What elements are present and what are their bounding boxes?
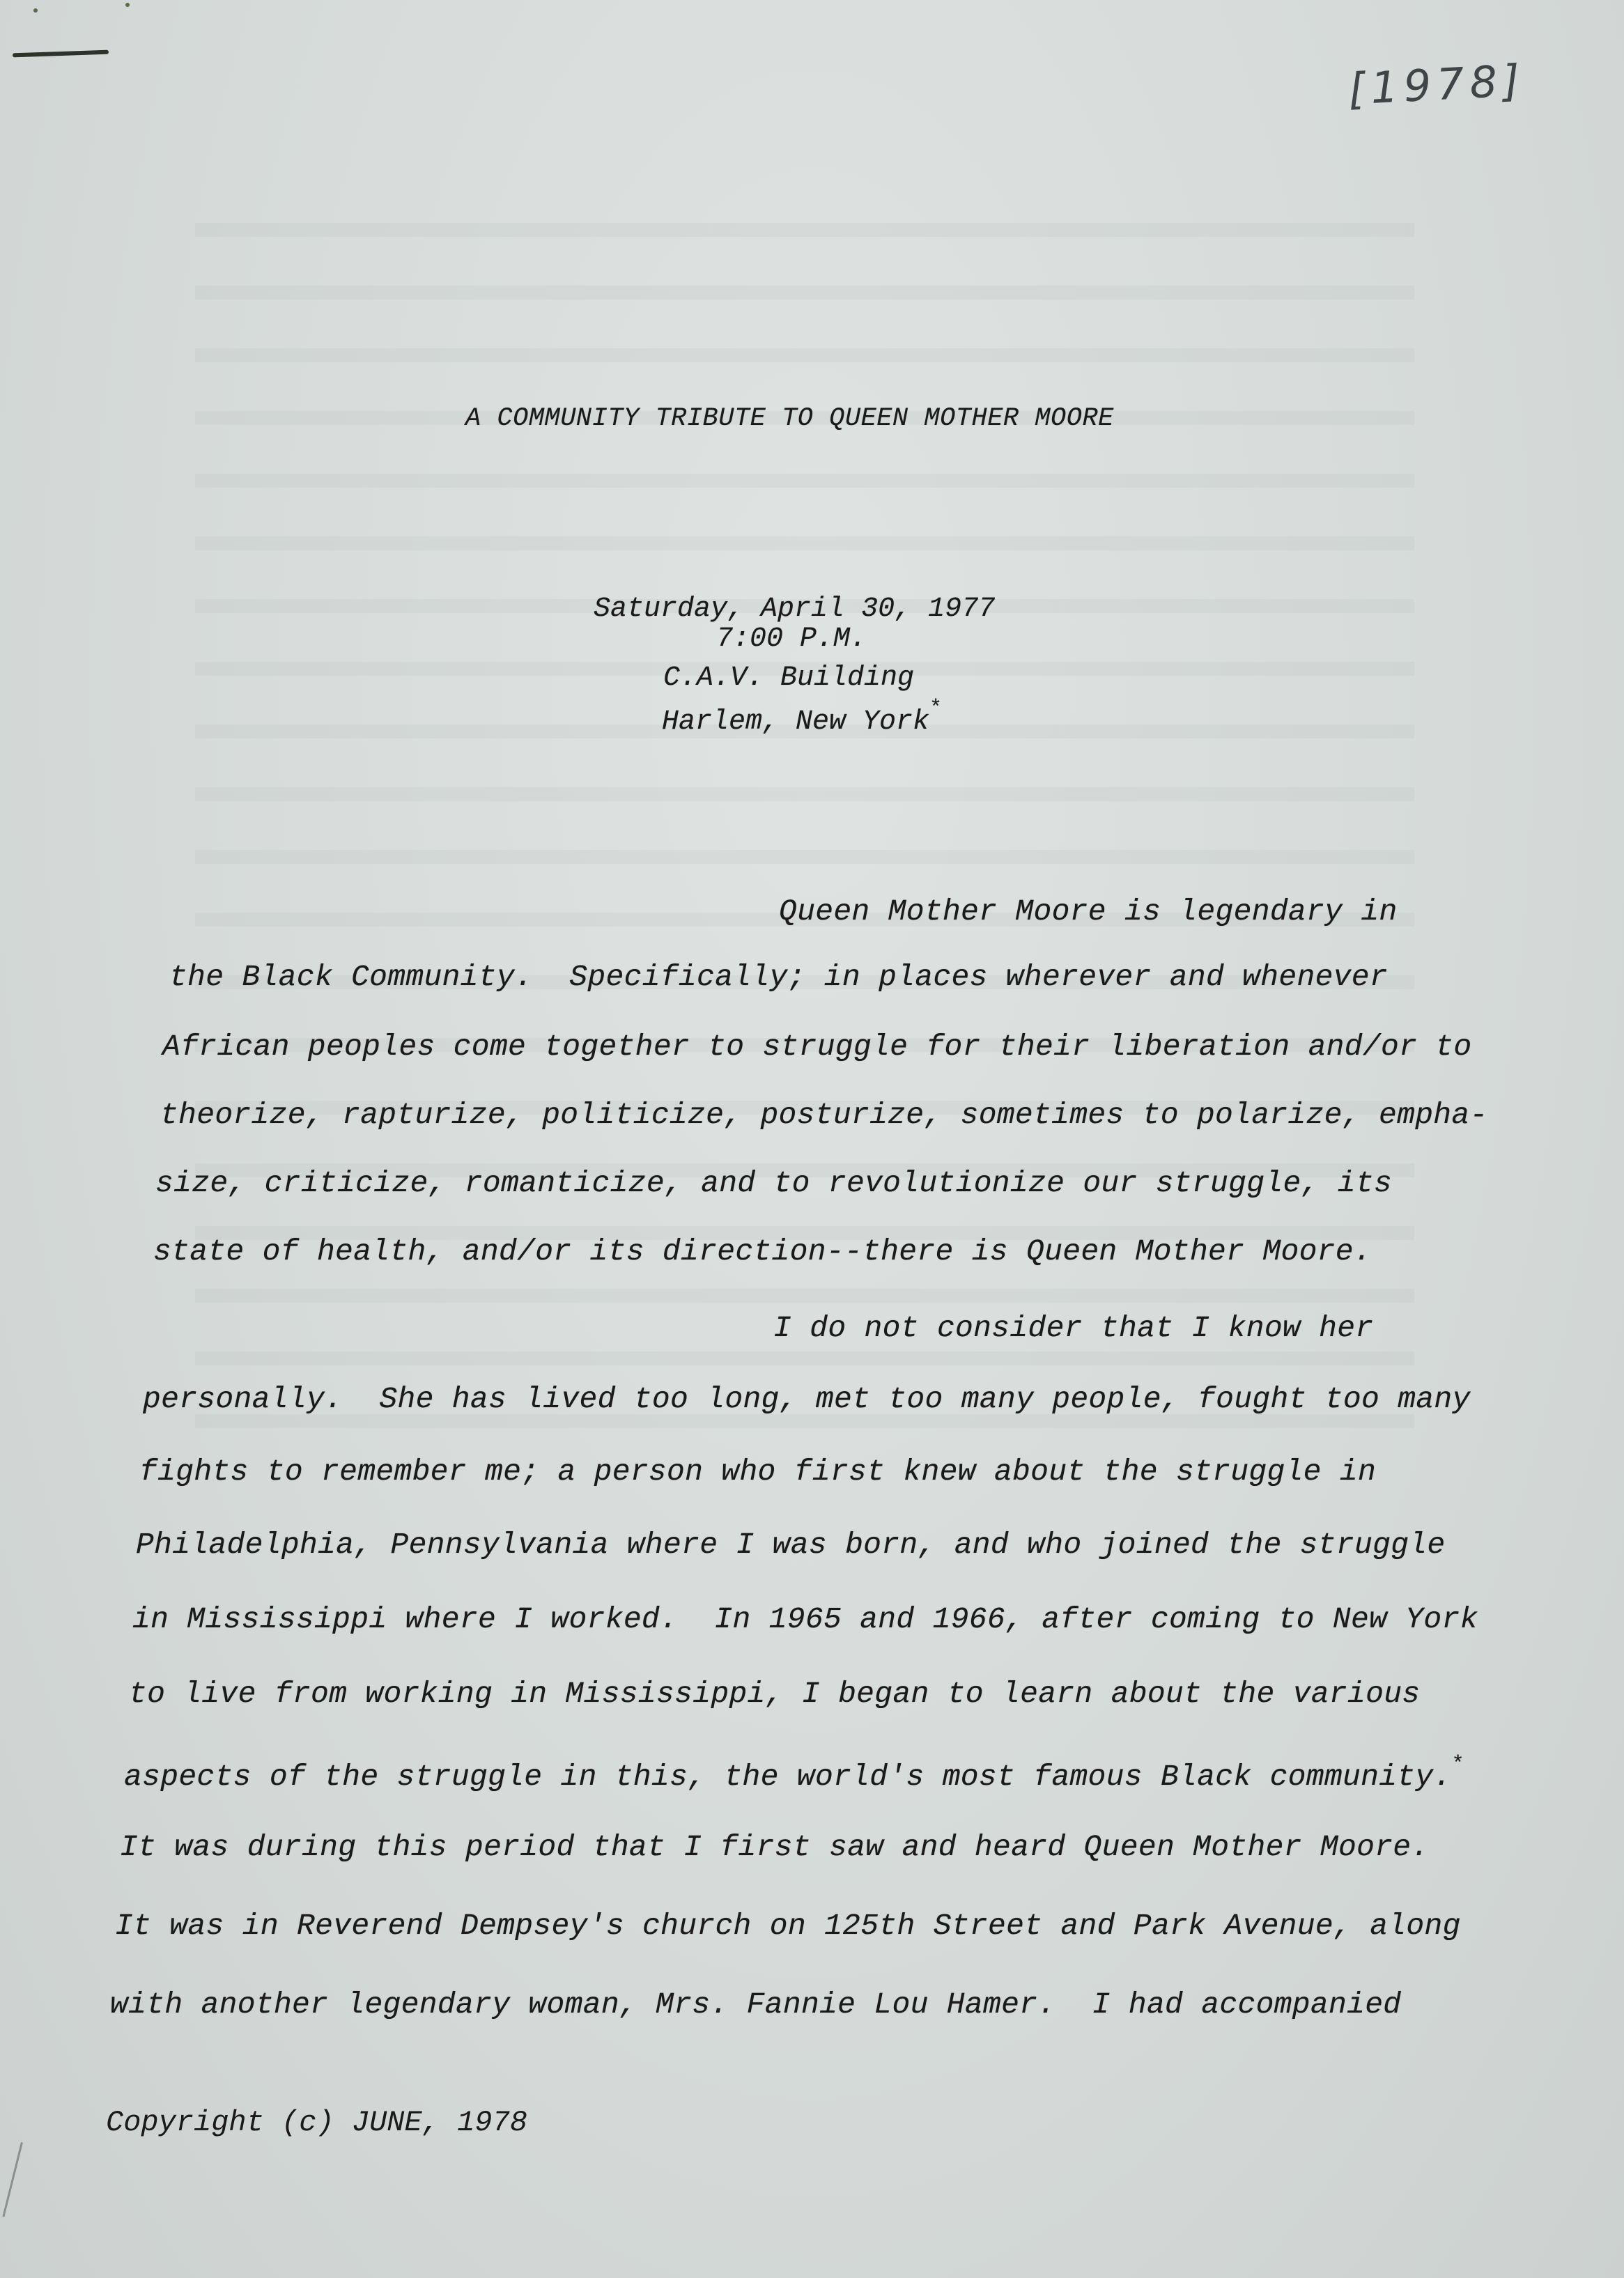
- event-time: 7:00 P.M.: [716, 623, 867, 655]
- body-line: state of health, and/or its direction--t…: [153, 1234, 1372, 1269]
- document-title: A COMMUNITY TRIBUTE TO QUEEN MOTHER MOOR…: [465, 404, 1114, 433]
- body-line: Queen Mother Moore is legendary in: [779, 894, 1398, 929]
- event-date: Saturday, April 30, 1977: [594, 594, 995, 625]
- body-line: theorize, rapturize, politicize, posturi…: [160, 1098, 1488, 1132]
- body-line: with another legendary woman, Mrs. Fanni…: [110, 1988, 1401, 2022]
- body-line: in Mississippi where I worked. In 1965 a…: [132, 1602, 1478, 1636]
- event-location-text: Harlem, New York: [662, 706, 929, 738]
- ink-mark: [13, 50, 109, 58]
- footnote-marker: *: [1452, 1753, 1464, 1776]
- body-line: I do not consider that I know her: [773, 1311, 1373, 1345]
- copyright-notice: Copyright (c) JUNE, 1978: [106, 2106, 527, 2139]
- body-line: Philadelphia, Pennsylvania where I was b…: [136, 1528, 1446, 1562]
- ink-speck: [125, 3, 130, 7]
- ink-speck: [33, 8, 38, 13]
- body-line: fights to remember me; a person who firs…: [139, 1455, 1376, 1489]
- body-line: to live from working in Mississippi, I b…: [129, 1677, 1420, 1711]
- body-line: African peoples come together to struggl…: [162, 1030, 1472, 1064]
- event-location: Harlem, New York*: [662, 697, 942, 738]
- document-page: [1978] A COMMUNITY TRIBUTE TO QUEEN MOTH…: [0, 0, 1624, 2278]
- body-line: personally. She has lived too long, met …: [143, 1382, 1471, 1416]
- body-line: aspects of the struggle in this, the wor…: [124, 1753, 1464, 1794]
- handwritten-date-annotation: [1978]: [1347, 54, 1526, 114]
- body-line: the Black Community. Specifically; in pl…: [169, 960, 1388, 994]
- body-line: It was in Reverend Dempsey's church on 1…: [115, 1909, 1461, 1943]
- footnote-marker: *: [929, 697, 942, 720]
- body-line-text: aspects of the struggle in this, the wor…: [124, 1760, 1452, 1794]
- event-venue: C.A.V. Building: [663, 663, 914, 694]
- body-line: size, criticize, romanticize, and to rev…: [155, 1166, 1392, 1200]
- pencil-mark: [2, 2142, 23, 2217]
- body-line: It was during this period that I first s…: [120, 1830, 1430, 1864]
